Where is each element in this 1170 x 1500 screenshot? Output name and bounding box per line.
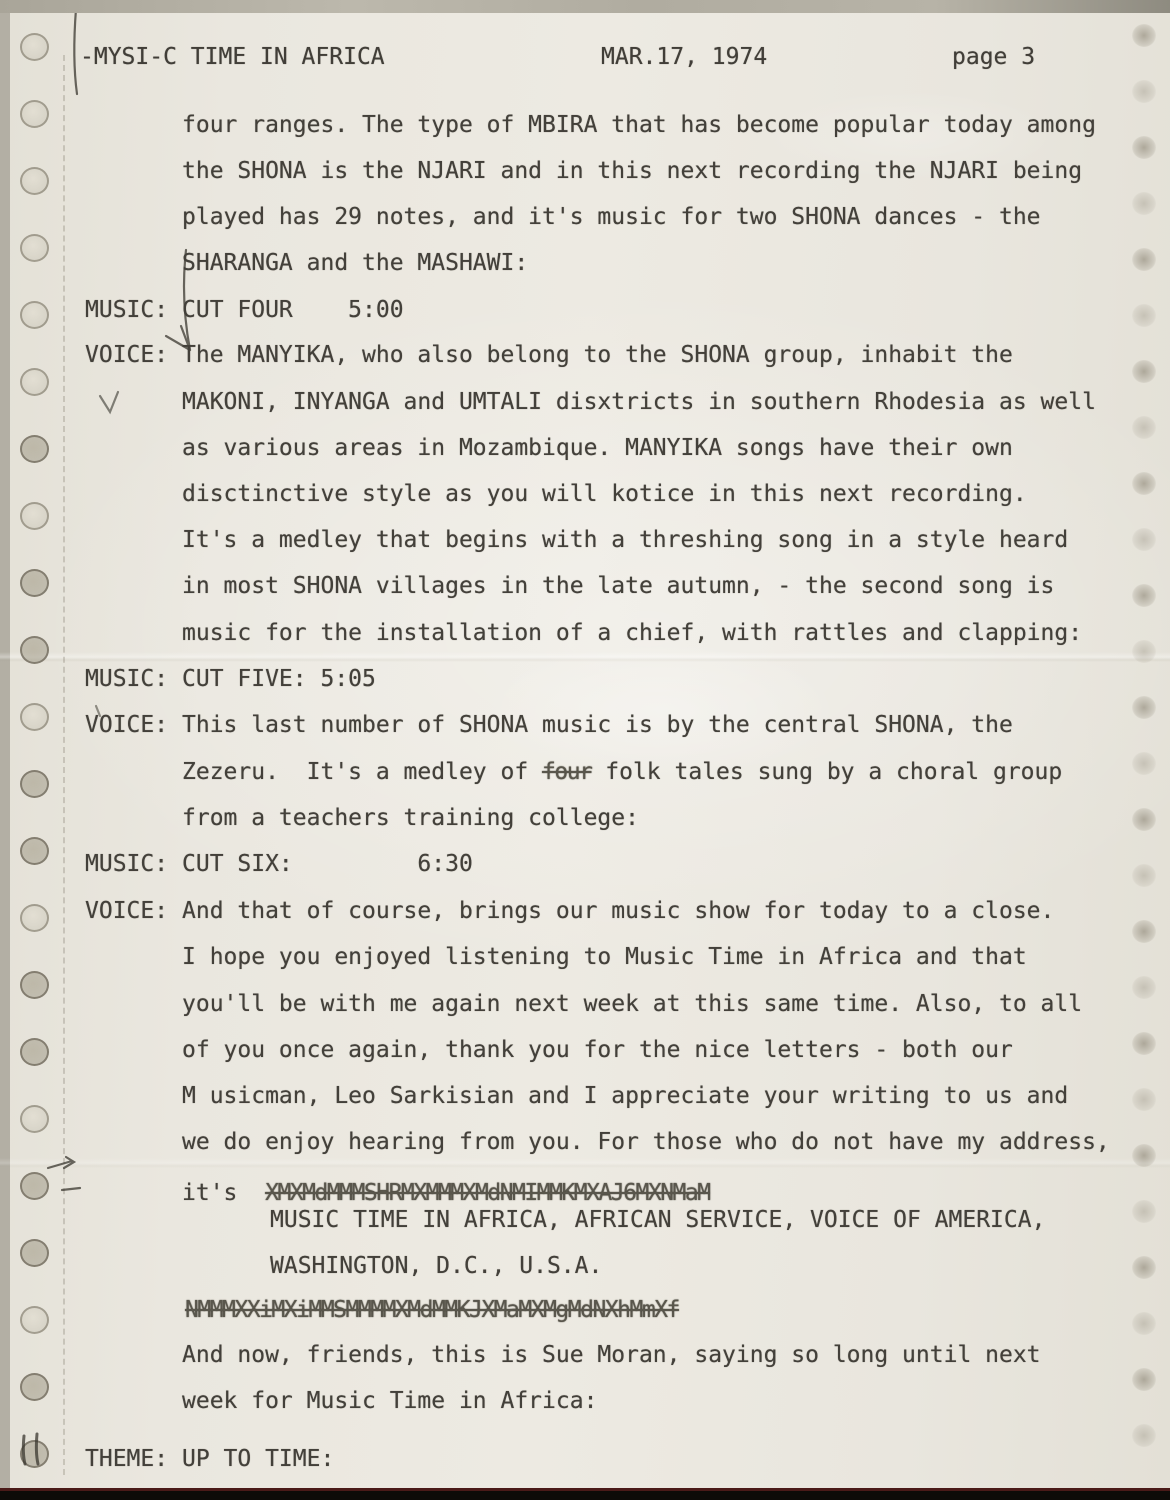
script-line-text: it's XMXMdMMMSHRMXMMMXMdNMIMMKMXAJ6MXNMa… xyxy=(182,1180,710,1206)
script-line: MUSIC TIME IN AFRICA, AFRICAN SERVICE, V… xyxy=(0,1207,1170,1235)
script-line-text: WASHINGTON, D.C., U.S.A. xyxy=(270,1253,602,1279)
struck-out-text: NMMMXXiMXiMMSMMMMXMdMMKJXMaMXMgMdNXhMmXf xyxy=(185,1297,679,1323)
script-line-text: SHARANGA and the MASHAWI: xyxy=(182,250,528,276)
script-line-text: This last number of SHONA music is by th… xyxy=(182,712,1013,738)
script-line: It's a medley that begins with a threshi… xyxy=(0,527,1170,555)
script-line-labeled: VOICE:And that of course, brings our mus… xyxy=(0,898,1170,926)
script-line: M usicman, Leo Sarkisian and I appreciat… xyxy=(0,1083,1170,1111)
script-line: of you once again, thank you for the nic… xyxy=(0,1037,1170,1065)
script-line: disctinctive style as you will kotice in… xyxy=(0,481,1170,509)
script-line-text: And that of course, brings our music sho… xyxy=(182,898,1054,924)
script-line: I hope you enjoyed listening to Music Ti… xyxy=(0,944,1170,972)
top-scan-band xyxy=(0,0,1170,13)
script-line: you'll be with me again next week at thi… xyxy=(0,991,1170,1019)
typewritten-script: -MYSI-C TIME IN AFRICA MAR.17, 1974 page… xyxy=(0,0,1170,1500)
script-line-text: CUT FIVE: 5:05 xyxy=(182,666,376,692)
script-line-text: as various areas in Mozambique. MANYIKA … xyxy=(182,435,1013,461)
script-line-text: And now, friends, this is Sue Moran, say… xyxy=(182,1342,1041,1368)
struck-out-text: XMXMdMMMSHRMXMMMXMdNMIMMKMXAJ6MXNMaM xyxy=(265,1180,710,1206)
script-line: four ranges. The type of MBIRA that has … xyxy=(0,112,1170,140)
speaker-label: VOICE: xyxy=(85,342,168,368)
script-line: NMMMXXiMXiMMSMMMMXMdMMKJXMaMXMgMdNXhMmXf xyxy=(0,1297,1170,1325)
speaker-label: VOICE: xyxy=(85,898,168,924)
script-line-text: The MANYIKA, who also belong to the SHON… xyxy=(182,342,1013,368)
script-line: Zezeru. It's a medley of four folk tales… xyxy=(0,759,1170,787)
header-date: MAR.17, 1974 xyxy=(601,44,767,70)
script-line-text: CUT FOUR 5:00 xyxy=(182,297,404,323)
script-line-text: MAKONI, INYANGA and UMTALI disxtricts in… xyxy=(182,389,1096,415)
script-line-labeled: THEME:UP TO TIME: xyxy=(0,1446,1170,1474)
script-line-text: you'll be with me again next week at thi… xyxy=(182,991,1082,1017)
script-line-labeled: VOICE:This last number of SHONA music is… xyxy=(0,712,1170,740)
scanned-page: -MYSI-C TIME IN AFRICA MAR.17, 1974 page… xyxy=(0,0,1170,1500)
script-line: played has 29 notes, and it's music for … xyxy=(0,204,1170,232)
script-line: it's XMXMdMMMSHRMXMMMXMdNMIMMKMXAJ6MXNMa… xyxy=(0,1180,1170,1208)
script-line-text: M usicman, Leo Sarkisian and I appreciat… xyxy=(182,1083,1068,1109)
page-header: -MYSI-C TIME IN AFRICA MAR.17, 1974 page… xyxy=(0,44,1170,72)
script-line-text: the SHONA is the NJARI and in this next … xyxy=(182,158,1082,184)
script-line-labeled: MUSIC:CUT FIVE: 5:05 xyxy=(0,666,1170,694)
script-line-text: from a teachers training college: xyxy=(182,805,639,831)
script-line-text: four ranges. The type of MBIRA that has … xyxy=(182,112,1096,138)
page-number: page 3 xyxy=(952,44,1035,70)
script-line-text: I hope you enjoyed listening to Music Ti… xyxy=(182,944,1027,970)
script-line-text: NMMMXXiMXiMMSMMMMXMdMMKJXMaMXMgMdNXhMmXf xyxy=(185,1297,679,1323)
speaker-label: MUSIC: xyxy=(85,666,168,692)
script-line: week for Music Time in Africa: xyxy=(0,1388,1170,1416)
struck-out-text: four xyxy=(542,759,591,785)
speaker-label: MUSIC: xyxy=(85,851,168,877)
script-line-text: It's a medley that begins with a threshi… xyxy=(182,527,1068,553)
script-line: we do enjoy hearing from you. For those … xyxy=(0,1129,1170,1157)
script-line: SHARANGA and the MASHAWI: xyxy=(0,250,1170,278)
speaker-label: VOICE: xyxy=(85,712,168,738)
script-line-text: in most SHONA villages in the late autum… xyxy=(182,573,1054,599)
script-line: music for the installation of a chief, w… xyxy=(0,620,1170,648)
script-line-labeled: VOICE:The MANYIKA, who also belong to th… xyxy=(0,342,1170,370)
script-line-text: music for the installation of a chief, w… xyxy=(182,620,1082,646)
script-line-text: we do enjoy hearing from you. For those … xyxy=(182,1129,1110,1155)
script-line-labeled: MUSIC:CUT FOUR 5:00 xyxy=(0,297,1170,325)
script-line-text: week for Music Time in Africa: xyxy=(182,1388,597,1414)
script-line: WASHINGTON, D.C., U.S.A. xyxy=(0,1253,1170,1281)
script-line-text: Zezeru. It's a medley of four folk tales… xyxy=(182,759,1062,785)
script-line-text: played has 29 notes, and it's music for … xyxy=(182,204,1041,230)
page-title: -MYSI-C TIME IN AFRICA xyxy=(80,44,385,70)
bottom-edge-bar xyxy=(0,1491,1170,1500)
script-line-labeled: MUSIC:CUT SIX: 6:30 xyxy=(0,851,1170,879)
script-line-text: disctinctive style as you will kotice in… xyxy=(182,481,1027,507)
script-line: in most SHONA villages in the late autum… xyxy=(0,573,1170,601)
script-line: MAKONI, INYANGA and UMTALI disxtricts in… xyxy=(0,389,1170,417)
speaker-label: MUSIC: xyxy=(85,297,168,323)
script-line-text: MUSIC TIME IN AFRICA, AFRICAN SERVICE, V… xyxy=(270,1207,1045,1233)
script-line: as various areas in Mozambique. MANYIKA … xyxy=(0,435,1170,463)
script-line: And now, friends, this is Sue Moran, say… xyxy=(0,1342,1170,1370)
script-line-text: of you once again, thank you for the nic… xyxy=(182,1037,1013,1063)
speaker-label: THEME: xyxy=(85,1446,168,1472)
script-line-text: UP TO TIME: xyxy=(182,1446,334,1472)
script-line: from a teachers training college: xyxy=(0,805,1170,833)
script-line-text: CUT SIX: 6:30 xyxy=(182,851,473,877)
script-line: the SHONA is the NJARI and in this next … xyxy=(0,158,1170,186)
